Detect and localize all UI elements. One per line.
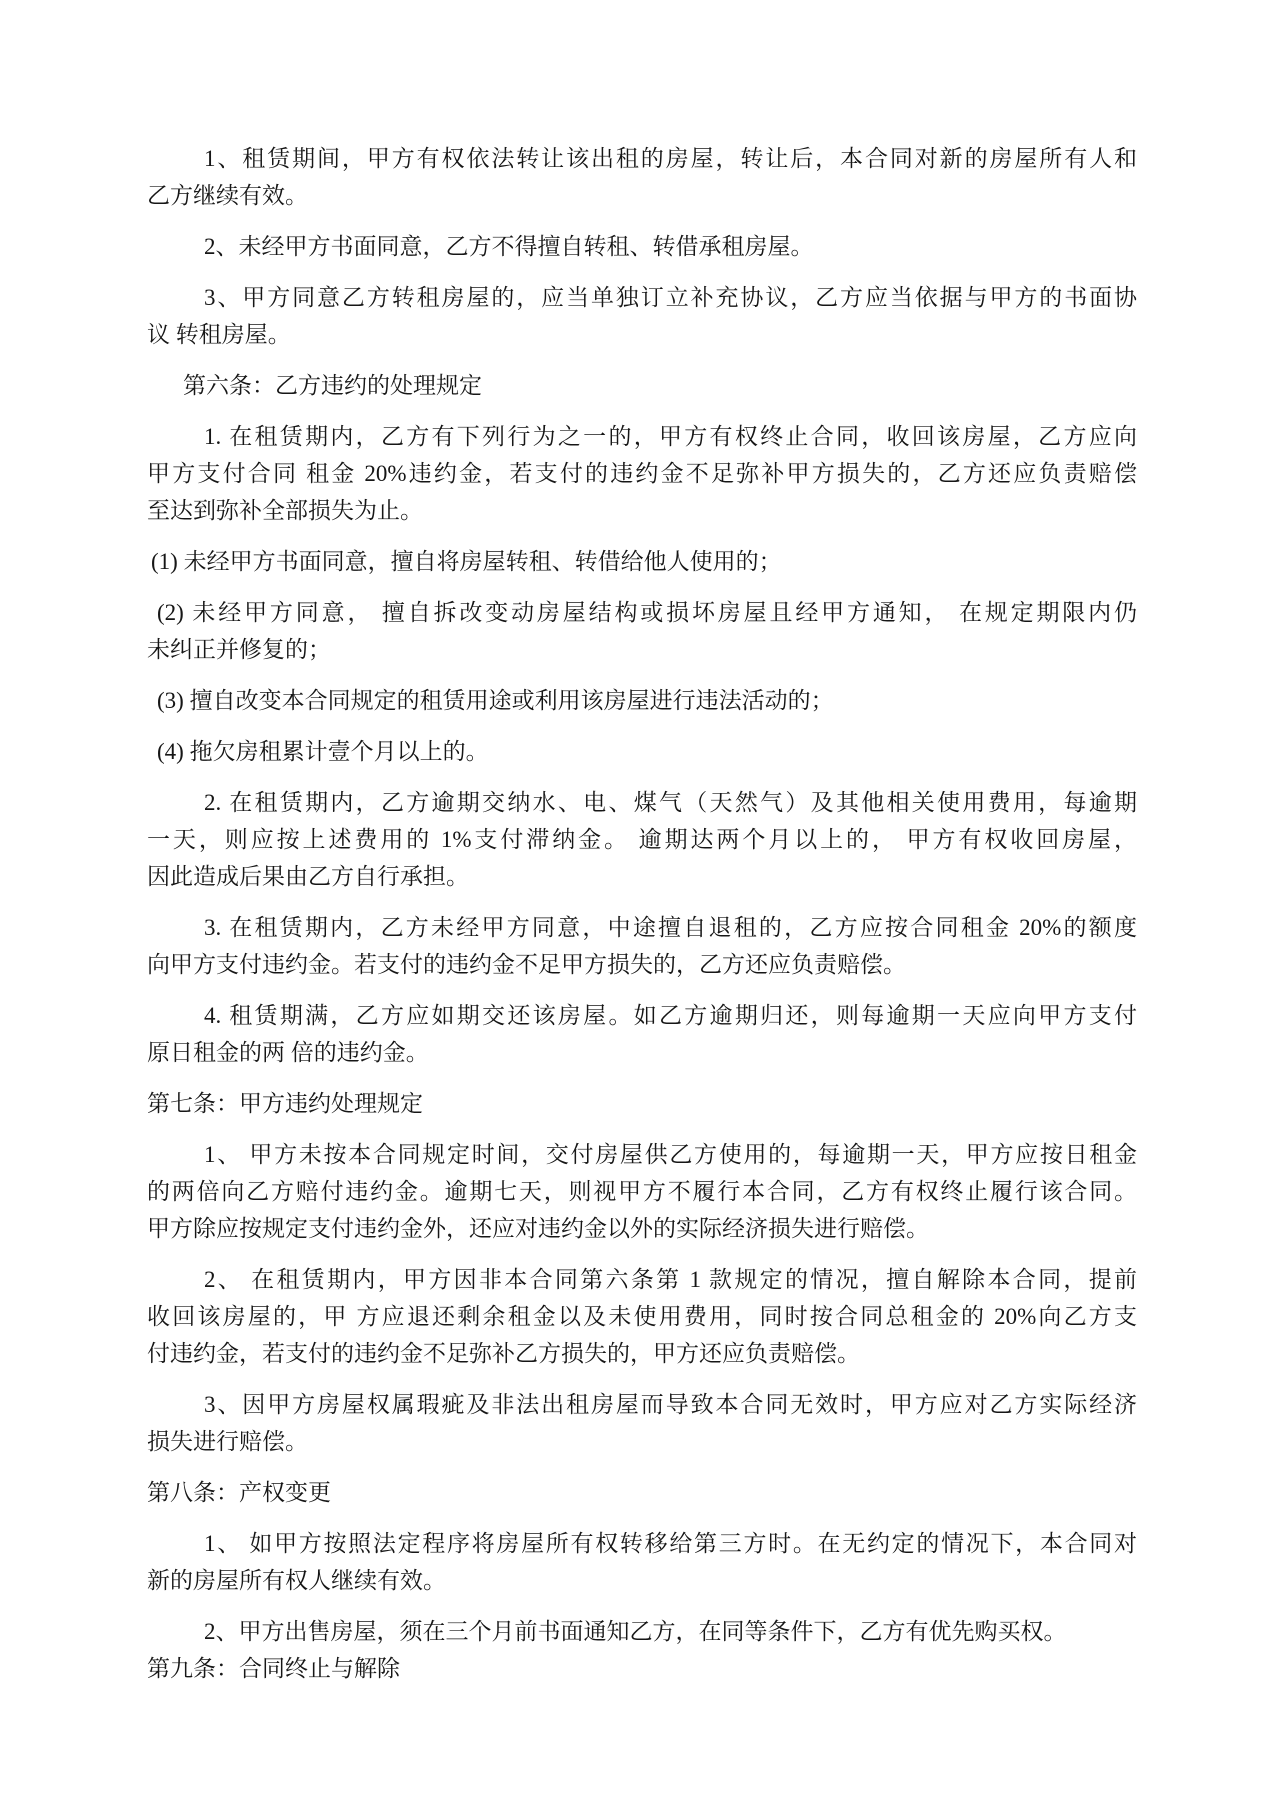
text-line: 未纠正并修复的； xyxy=(147,631,1137,668)
contract-list-item: (2) 未经甲方同意， 擅自拆改变动房屋结构或损坏房屋且经甲方通知， 在规定期限… xyxy=(147,594,1137,668)
text-line: 2、 在租赁期内，甲方因非本合同第六条第 1 款规定的情况，擅自解除本合同，提前 xyxy=(147,1261,1137,1298)
contract-paragraph: 2、甲方出售房屋，须在三个月前书面通知乙方，在同等条件下，乙方有优先购买权。 xyxy=(147,1613,1137,1650)
text-line: (2) 未经甲方同意， 擅自拆改变动房屋结构或损坏房屋且经甲方通知， 在规定期限… xyxy=(147,594,1137,631)
text-line: 收回该房屋的，甲 方应退还剩余租金以及未使用费用，同时按合同总租金的 20%向乙… xyxy=(147,1298,1137,1335)
contract-paragraph: 4. 租赁期满，乙方应如期交还该房屋。如乙方逾期归还，则每逾期一天应向甲方支付 … xyxy=(147,997,1137,1071)
text-line: 3、甲方同意乙方转租房屋的，应当单独订立补充协议，乙方应当依据与甲方的书面协 xyxy=(147,279,1137,316)
text-line: 1、 如甲方按照法定程序将房屋所有权转移给第三方时。在无约定的情况下，本合同对 xyxy=(147,1525,1137,1562)
heading-text: 第六条：乙方违约的处理规定 xyxy=(147,367,1137,404)
contract-paragraph: 3、甲方同意乙方转租房屋的，应当单独订立补充协议，乙方应当依据与甲方的书面协 议… xyxy=(147,279,1137,353)
contract-heading: 第六条：乙方违约的处理规定 xyxy=(147,367,1137,404)
text-line: 向甲方支付违约金。若支付的违约金不足甲方损失的，乙方还应负责赔偿。 xyxy=(147,946,1137,983)
document-page: 1、租赁期间，甲方有权依法转让该出租的房屋，转让后，本合同对新的房屋所有人和 乙… xyxy=(0,0,1280,1810)
contract-list-item: (4) 拖欠房租累计壹个月以上的。 xyxy=(147,733,1137,770)
contract-paragraph: 3、因甲方房屋权属瑕疵及非法出租房屋而导致本合同无效时，甲方应对乙方实际经济 损… xyxy=(147,1386,1137,1460)
text-line: 1、租赁期间，甲方有权依法转让该出租的房屋，转让后，本合同对新的房屋所有人和 xyxy=(147,140,1137,177)
text-line: (4) 拖欠房租累计壹个月以上的。 xyxy=(147,733,1137,770)
text-line: (3) 擅自改变本合同规定的租赁用途或利用该房屋进行违法活动的； xyxy=(147,682,1137,719)
text-line: 因此造成后果由乙方自行承担。 xyxy=(147,858,1137,895)
contract-paragraph: 3. 在租赁期内，乙方未经甲方同意，中途擅自退租的，乙方应按合同租金 20%的额… xyxy=(147,909,1137,983)
contract-paragraph: 2、未经甲方书面同意，乙方不得擅自转租、转借承租房屋。 xyxy=(147,228,1137,265)
text-line: 1、 甲方未按本合同规定时间，交付房屋供乙方使用的，每逾期一天，甲方应按日租金 xyxy=(147,1136,1137,1173)
contract-paragraph: 1、 甲方未按本合同规定时间，交付房屋供乙方使用的，每逾期一天，甲方应按日租金 … xyxy=(147,1136,1137,1247)
heading-text: 第七条：甲方违约处理规定 xyxy=(147,1085,1137,1122)
text-line: 3. 在租赁期内，乙方未经甲方同意，中途擅自退租的，乙方应按合同租金 20%的额… xyxy=(147,909,1137,946)
contract-paragraph: 2. 在租赁期内，乙方逾期交纳水、电、煤气（天然气）及其他相关使用费用，每逾期 … xyxy=(147,784,1137,895)
text-line: 甲方除应按规定支付违约金外，还应对违约金以外的实际经济损失进行赔偿。 xyxy=(147,1210,1137,1247)
contract-paragraph: 1、租赁期间，甲方有权依法转让该出租的房屋，转让后，本合同对新的房屋所有人和 乙… xyxy=(147,140,1137,214)
text-line: 付违约金，若支付的违约金不足弥补乙方损失的，甲方还应负责赔偿。 xyxy=(147,1335,1137,1372)
text-line: 原日租金的两 倍的违约金。 xyxy=(147,1034,1137,1071)
text-line: 2. 在租赁期内，乙方逾期交纳水、电、煤气（天然气）及其他相关使用费用，每逾期 xyxy=(147,784,1137,821)
text-line: 乙方继续有效。 xyxy=(147,177,1137,214)
contract-paragraph: 1. 在租赁期内，乙方有下列行为之一的，甲方有权终止合同，收回该房屋，乙方应向 … xyxy=(147,418,1137,529)
text-line: 2、甲方出售房屋，须在三个月前书面通知乙方，在同等条件下，乙方有优先购买权。 xyxy=(147,1613,1137,1650)
contract-heading: 第九条：合同终止与解除 xyxy=(147,1650,1137,1687)
text-line: 议 转租房屋。 xyxy=(147,316,1137,353)
text-line: 3、因甲方房屋权属瑕疵及非法出租房屋而导致本合同无效时，甲方应对乙方实际经济 xyxy=(147,1386,1137,1423)
text-line: 的两倍向乙方赔付违约金。逾期七天，则视甲方不履行本合同，乙方有权终止履行该合同。 xyxy=(147,1173,1137,1210)
contract-heading: 第七条：甲方违约处理规定 xyxy=(147,1085,1137,1122)
text-line: (1) 未经甲方书面同意，擅自将房屋转租、转借给他人使用的； xyxy=(147,543,1137,580)
heading-text: 第九条：合同终止与解除 xyxy=(147,1650,1137,1687)
text-line: 1. 在租赁期内，乙方有下列行为之一的，甲方有权终止合同，收回该房屋，乙方应向 xyxy=(147,418,1137,455)
text-line: 一天，则应按上述费用的 1%支付滞纳金。 逾期达两个月以上的， 甲方有权收回房屋… xyxy=(147,821,1137,858)
text-line: 2、未经甲方书面同意，乙方不得擅自转租、转借承租房屋。 xyxy=(147,228,1137,265)
contract-paragraph: 2、 在租赁期内，甲方因非本合同第六条第 1 款规定的情况，擅自解除本合同，提前… xyxy=(147,1261,1137,1372)
text-line: 损失进行赔偿。 xyxy=(147,1423,1137,1460)
heading-text: 第八条：产权变更 xyxy=(147,1474,1137,1511)
contract-list-item: (3) 擅自改变本合同规定的租赁用途或利用该房屋进行违法活动的； xyxy=(147,682,1137,719)
contract-list-item: (1) 未经甲方书面同意，擅自将房屋转租、转借给他人使用的； xyxy=(147,543,1137,580)
text-line: 至达到弥补全部损失为止。 xyxy=(147,492,1137,529)
contract-heading: 第八条：产权变更 xyxy=(147,1474,1137,1511)
text-line: 新的房屋所有权人继续有效。 xyxy=(147,1562,1137,1599)
text-line: 4. 租赁期满，乙方应如期交还该房屋。如乙方逾期归还，则每逾期一天应向甲方支付 xyxy=(147,997,1137,1034)
text-line: 甲方支付合同 租金 20%违约金，若支付的违约金不足弥补甲方损失的，乙方还应负责… xyxy=(147,455,1137,492)
contract-paragraph: 1、 如甲方按照法定程序将房屋所有权转移给第三方时。在无约定的情况下，本合同对 … xyxy=(147,1525,1137,1599)
